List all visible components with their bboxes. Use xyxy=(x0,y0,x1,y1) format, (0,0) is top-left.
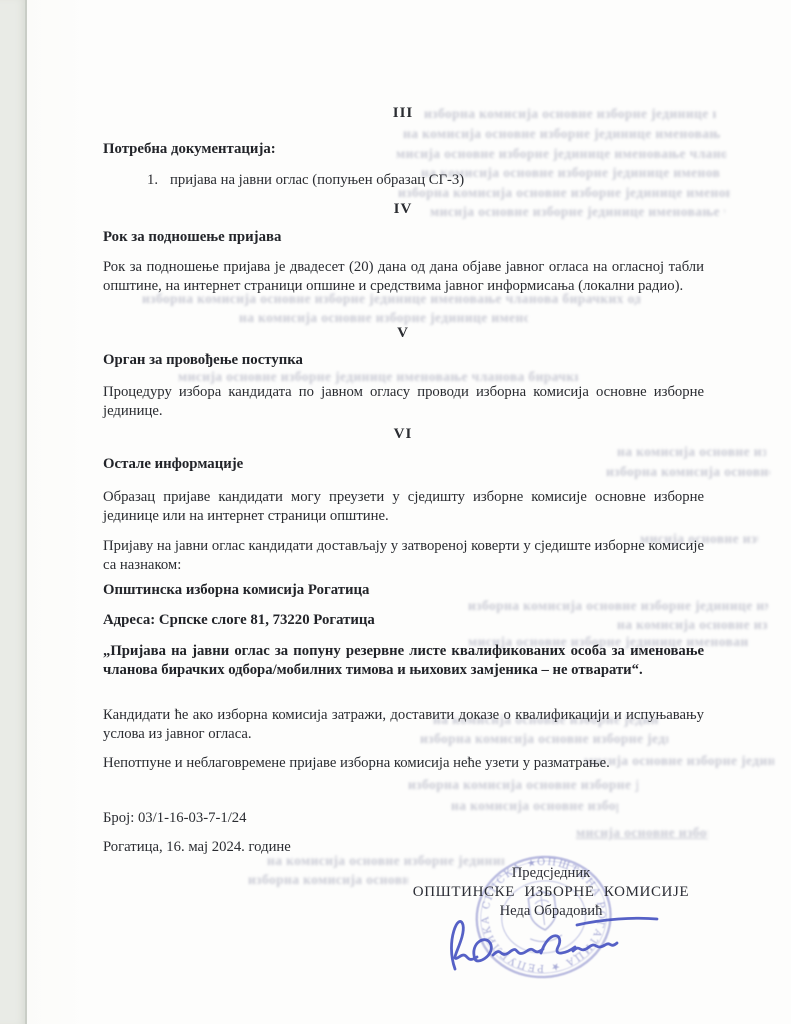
section-heading-documentation: Потребна документација: xyxy=(103,141,703,158)
paragraph-submission: Пријаву на јавни оглас кандидати достављ… xyxy=(103,537,704,576)
bleedthrough-line: изборна комисија основне изборне јединиц… xyxy=(408,777,638,792)
paper-sheet: изборна комисија основне изборне јединиц… xyxy=(27,0,791,1024)
signatory-organization: ОПШТИНСКЕ ИЗБОРНЕ КОМИСИЈЕ xyxy=(395,883,707,902)
scanned-document-page: изборна комисија основне изборне јединиц… xyxy=(0,0,791,1024)
paragraph-form-pickup: Образац пријаве кандидати могу преузети … xyxy=(103,488,704,527)
bleedthrough-line: изборна комисија основне изборне јединиц… xyxy=(468,598,768,613)
section-numeral-3: III xyxy=(103,105,703,122)
section-numeral-5: V xyxy=(103,325,703,342)
scan-edge-strip xyxy=(0,0,27,1024)
section-numeral-4: IV xyxy=(103,201,703,218)
paragraph-deadline: Рок за подношење пријава је двадесет (20… xyxy=(103,258,704,297)
signatory-title: Предсједник xyxy=(395,864,707,883)
bleedthrough-line: изборна комисија основне изборне јединиц… xyxy=(248,872,408,887)
recipient-address-line: Адреса: Српске слоге 81, 73220 Рогатица xyxy=(103,612,703,629)
envelope-note: „Пријава на јавни оглас за попуну резерв… xyxy=(103,642,704,681)
list-item-application-form: 1.пријава на јавни оглас (попуњен образа… xyxy=(103,172,703,189)
bleedthrough-line: изборна комисија основне изборне јединиц… xyxy=(178,369,578,384)
place-and-date: Рогатица, 16. мај 2024. године xyxy=(103,839,703,856)
section-numeral-6: VI xyxy=(103,426,703,443)
handwritten-signature xyxy=(425,903,665,978)
paragraph-incomplete-applications: Непотпуне и неблаговремене пријаве избор… xyxy=(103,754,704,773)
bleedthrough-line: изборна комисија основне изборне јединиц… xyxy=(402,126,720,141)
section-heading-authority: Орган за провођење поступка xyxy=(103,352,703,369)
paragraph-proof-request: Кандидати ће ако изборна комисија затраж… xyxy=(103,706,704,745)
list-item-marker: 1. xyxy=(147,172,158,189)
recipient-org-line: Општинска изборна комисија Рогатица xyxy=(103,582,703,599)
reference-number: Број: 03/1-16-03-7-1/24 xyxy=(103,810,703,827)
section-heading-deadline: Рок за подношење пријава xyxy=(103,229,703,246)
list-item-text: пријава на јавни оглас (попуњен образац … xyxy=(170,172,464,188)
bleedthrough-line: изборна комисија основне изборне јединиц… xyxy=(238,310,528,325)
paragraph-authority: Процедуру избора кандидата по јавном огл… xyxy=(103,383,704,422)
section-heading-other-info: Остале информације xyxy=(103,456,703,473)
bleedthrough-line: изборна комисија основне изборне јединиц… xyxy=(576,825,708,840)
